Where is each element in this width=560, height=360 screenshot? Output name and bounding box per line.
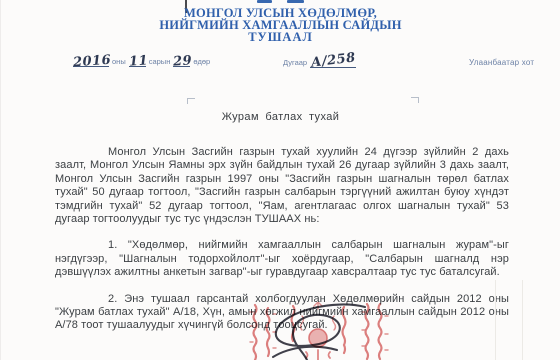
paper-fold-line	[522, 280, 523, 360]
day-blank: 29	[173, 56, 190, 67]
template-corner-mark-right	[411, 97, 419, 103]
number-label: Дугаар	[283, 58, 307, 68]
handwritten-year: 2016	[73, 56, 112, 68]
order-number-group: Дугаар А/258	[283, 57, 356, 68]
title-block: Журам батлах тухай	[1, 107, 560, 125]
handwritten-month: 11	[128, 56, 148, 66]
handwritten-day: 29	[173, 56, 193, 66]
day-label: өдөр	[193, 57, 210, 67]
paper-fold-line	[495, 280, 496, 360]
city-label: Улаанбаатар хот	[469, 58, 534, 67]
minister-signature	[237, 299, 399, 360]
ministry-letterhead: МОНГОЛ УЛСЫН ХӨДӨЛМӨР, НИЙГМИЙН ХАМГААЛЛ…	[1, 8, 560, 44]
letterhead-line-3: ТУШААЛ	[1, 32, 560, 44]
state-emblem-fragment-icon	[257, 0, 317, 4]
year-label: оны	[112, 57, 126, 67]
number-blank: А/258	[310, 57, 356, 68]
scanned-official-order-document: МОНГОЛ УЛСЫН ХӨДӨЛМӨР, НИЙГМИЙН ХАМГААЛЛ…	[0, 0, 560, 360]
clause-1-paragraph: 1. "Хөдөлмөр, нийгмийн хамгааллын салбар…	[55, 239, 509, 279]
month-blank: 11	[129, 56, 146, 67]
date-number-row: 2016 оны 11 сарын 29 өдөр Дугаар А/258 У…	[1, 54, 560, 76]
month-label: сарын	[149, 57, 171, 67]
template-corner-mark-left	[187, 98, 195, 104]
preamble-paragraph: Монгол Улсын Засгийн газрын тухай хуулий…	[55, 146, 509, 226]
handwritten-order-number: А/258	[310, 53, 356, 67]
document-title: Журам батлах тухай	[222, 111, 340, 123]
year-blank: 2016	[73, 56, 109, 67]
date-group: 2016 оны 11 сарын 29 өдөр	[73, 56, 210, 67]
